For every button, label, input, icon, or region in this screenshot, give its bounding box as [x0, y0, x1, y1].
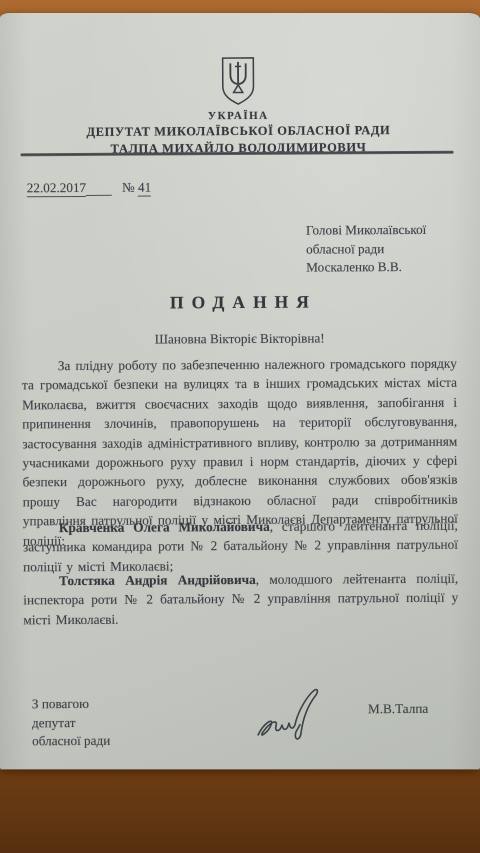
- recipient-block: Голові Миколаївської обласної ради Моска…: [306, 221, 427, 277]
- awardee-paragraph-1: Кравченка Олега Миколайовича, старшого л…: [23, 516, 458, 577]
- reference-date-blank: [86, 181, 112, 196]
- document-paper: УКРАЇНА ДЕПУТАТ МИКОЛАЇВСЬКОЇ ОБЛАСНОЇ Р…: [0, 13, 480, 769]
- letterhead: УКРАЇНА ДЕПУТАТ МИКОЛАЇВСЬКОЇ ОБЛАСНОЇ Р…: [0, 54, 479, 158]
- document-content: УКРАЇНА ДЕПУТАТ МИКОЛАЇВСЬКОЇ ОБЛАСНОЇ Р…: [0, 12, 480, 771]
- closing-line-3: обласної ради: [32, 732, 110, 751]
- letterhead-deputy-line: ДЕПУТАТ МИКОЛАЇВСЬКОЇ ОБЛАСНОЇ РАДИ: [0, 123, 478, 141]
- awardee-2-name: Толстяка Андрія Андрійовича: [59, 572, 256, 588]
- recipient-line-1: Голові Миколаївської: [306, 221, 426, 240]
- tryzub-emblem-icon: [215, 55, 261, 107]
- awardee-1-name: Кравченка Олега Миколайовича: [59, 519, 270, 535]
- closing-line-2: депутат: [32, 713, 110, 732]
- reference-line: 22.02.2017№ 41: [27, 180, 152, 197]
- closing-block: З повагою депутат обласної ради: [32, 695, 110, 751]
- signature-scribble-icon: [250, 682, 350, 761]
- recipient-line-2: обласної ради: [306, 239, 426, 258]
- closing-line-1: З повагою: [32, 695, 110, 714]
- reference-number-label: №: [122, 180, 135, 195]
- salutation: Шановна Вікторіє Вікторівна!: [0, 330, 480, 349]
- recipient-line-3: Москаленко В.В.: [306, 258, 426, 277]
- signer-name: М.В.Талпа: [368, 701, 428, 717]
- awardee-paragraph-2: Толстяка Андрія Андрійовича, молодшого л…: [23, 569, 458, 630]
- reference-date: 22.02.2017: [27, 180, 86, 197]
- letterhead-country: УКРАЇНА: [0, 109, 478, 124]
- document-title: ПОДАННЯ: [0, 291, 480, 315]
- reference-number: 41: [138, 180, 151, 197]
